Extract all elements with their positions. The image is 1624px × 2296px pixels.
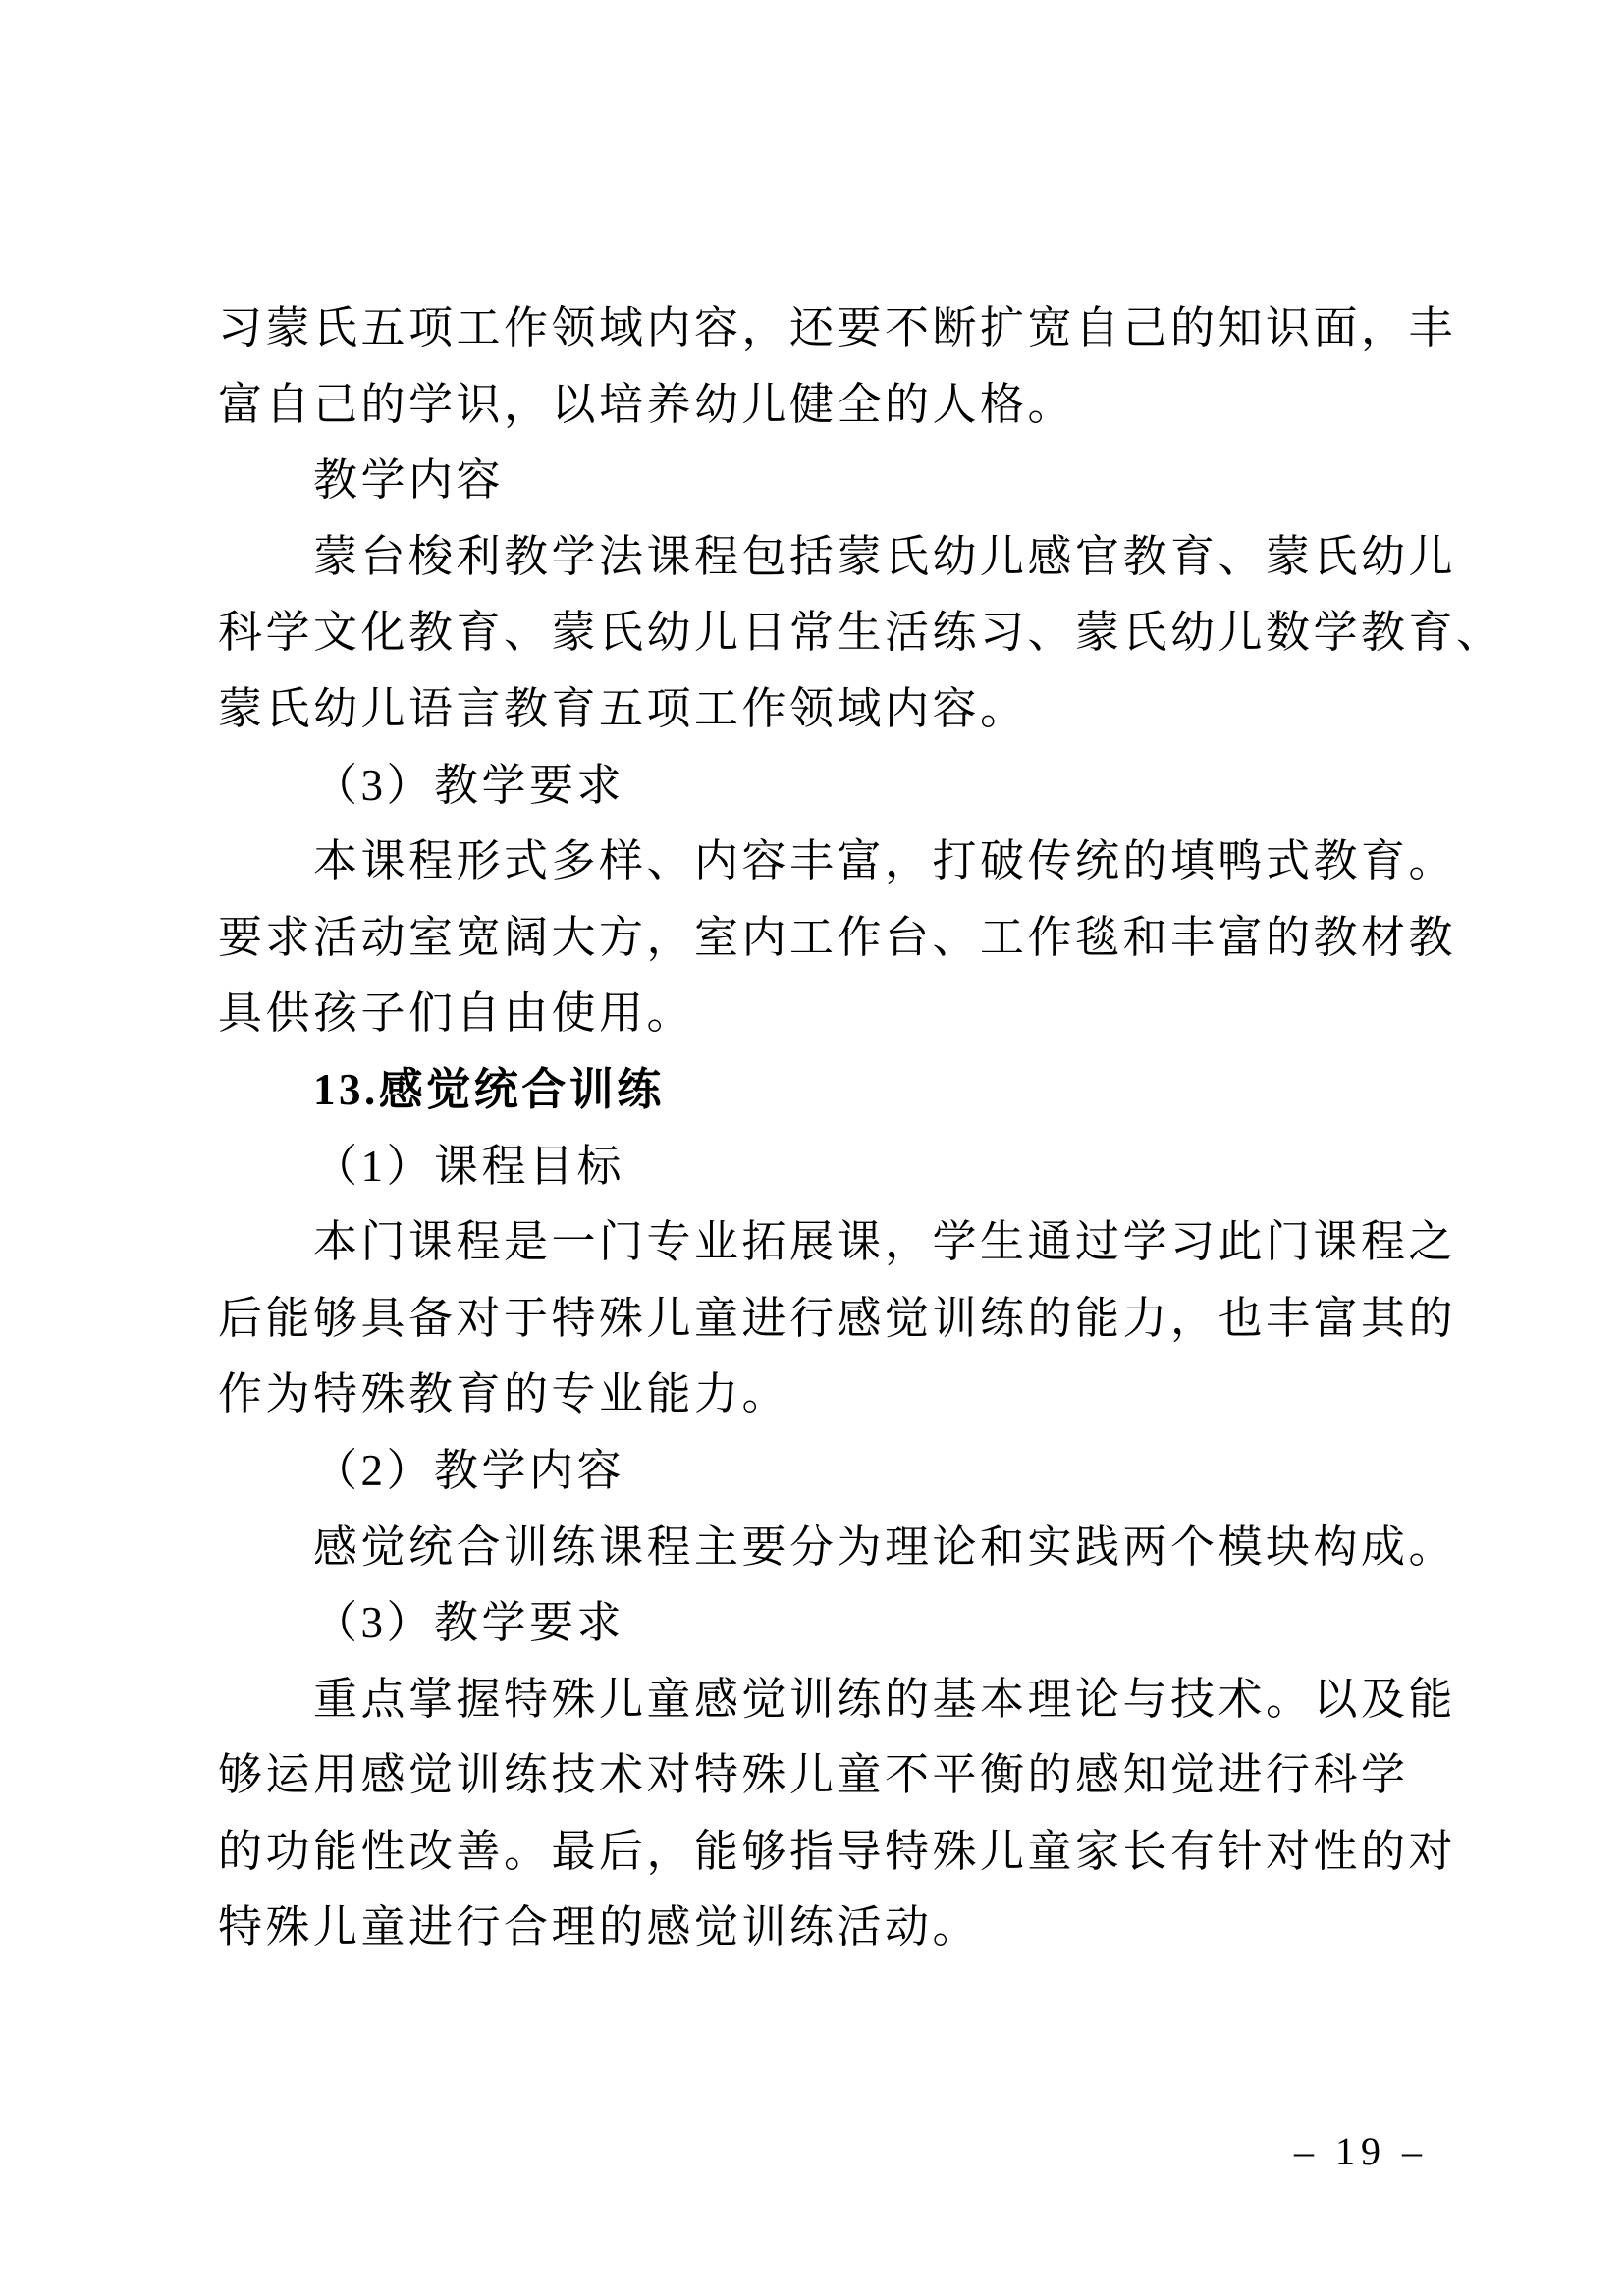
text-line: 富自己的学识，以培养幼儿健全的人格。 bbox=[218, 367, 1435, 444]
text-line: （3）教学要求 bbox=[218, 748, 1435, 825]
section-heading: 13.感觉统合训练 bbox=[218, 1052, 1435, 1129]
text-line: 重点掌握特殊儿童感觉训练的基本理论与技术。以及能 bbox=[218, 1662, 1435, 1738]
text-line: 后能够具备对于特殊儿童进行感觉训练的能力，也丰富其的 bbox=[218, 1281, 1435, 1358]
text-line: 够运用感觉训练技术对特殊儿童不平衡的感知觉进行科学 bbox=[218, 1737, 1435, 1814]
text-line: 习蒙氏五项工作领域内容，还要不断扩宽自己的知识面，丰 bbox=[218, 291, 1435, 367]
document-page: 习蒙氏五项工作领域内容，还要不断扩宽自己的知识面，丰富自己的学识，以培养幼儿健全… bbox=[0, 0, 1624, 2296]
text-line: 的功能性改善。最后，能够指导特殊儿童家长有针对性的对 bbox=[218, 1814, 1435, 1891]
document-body: 习蒙氏五项工作领域内容，还要不断扩宽自己的知识面，丰富自己的学识，以培养幼儿健全… bbox=[218, 291, 1435, 1966]
text-line: 蒙台梭利教学法课程包括蒙氏幼儿感官教育、蒙氏幼儿 bbox=[218, 519, 1435, 596]
text-line: 作为特殊教育的专业能力。 bbox=[218, 1357, 1435, 1433]
text-line: 感觉统合训练课程主要分为理论和实践两个模块构成。 bbox=[218, 1510, 1435, 1586]
text-line: 本门课程是一门专业拓展课，学生通过学习此门课程之 bbox=[218, 1204, 1435, 1281]
text-line: 科学文化教育、蒙氏幼儿日常生活练习、蒙氏幼儿数学教育、 bbox=[218, 595, 1435, 671]
text-line: 教学内容 bbox=[218, 443, 1435, 519]
text-line: （1）课程目标 bbox=[218, 1129, 1435, 1205]
text-line: （2）教学内容 bbox=[218, 1433, 1435, 1510]
text-line: 具供孩子们自由使用。 bbox=[218, 976, 1435, 1052]
text-line: 要求活动室宽阔大方，室内工作台、工作毯和丰富的教材教 bbox=[218, 900, 1435, 977]
text-line: 特殊儿童进行合理的感觉训练活动。 bbox=[218, 1890, 1435, 1966]
page-number: – 19 – bbox=[1292, 2128, 1430, 2174]
text-line: 本课程形式多样、内容丰富，打破传统的填鸭式教育。 bbox=[218, 824, 1435, 900]
text-line: 蒙氏幼儿语言教育五项工作领域内容。 bbox=[218, 671, 1435, 748]
text-line: （3）教学要求 bbox=[218, 1585, 1435, 1662]
